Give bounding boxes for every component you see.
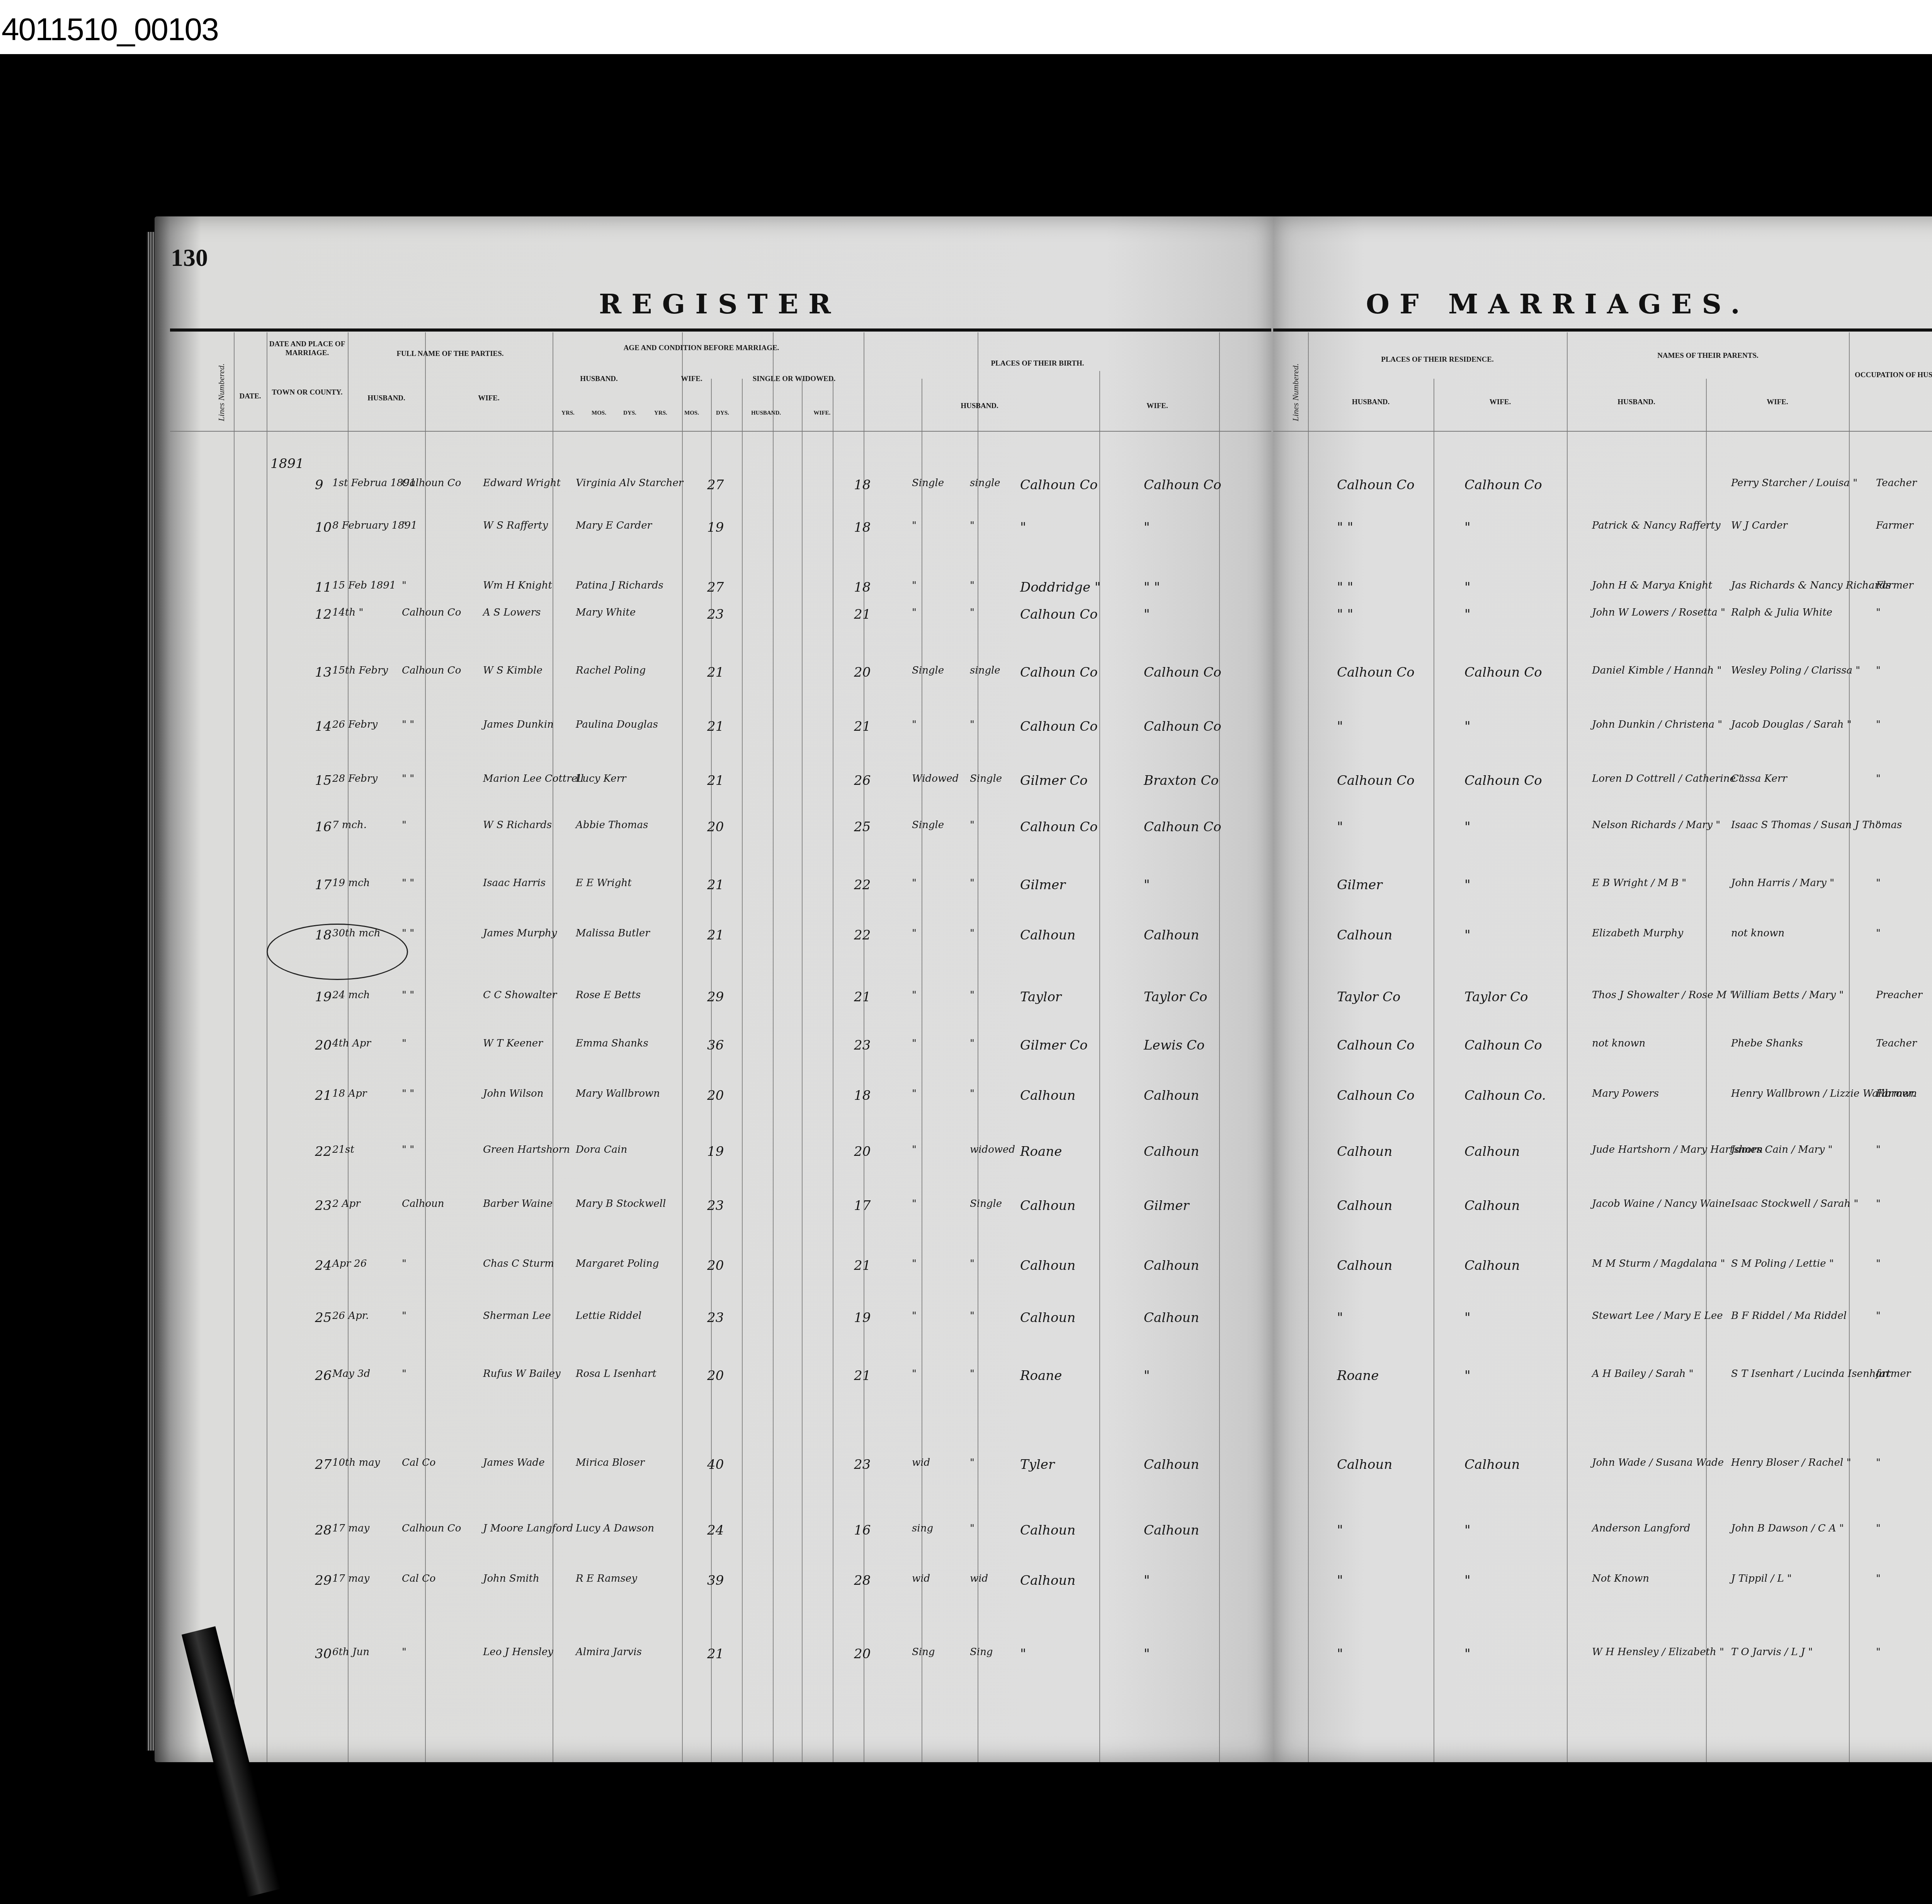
entry-h-age: 39 xyxy=(707,1573,724,1588)
entry-w-parents: T O Jarvis / L J " xyxy=(1731,1646,1813,1658)
header-top-rule-right xyxy=(1273,328,1932,332)
entry-w-cond: " xyxy=(970,580,975,591)
entry-h-birth: Calhoun Co xyxy=(1020,477,1098,493)
entry-husband: John Wilson xyxy=(483,1088,543,1099)
entry-w-birth: " xyxy=(1144,520,1150,535)
entry-place: " " xyxy=(402,719,414,730)
entry-h-res: " " xyxy=(1337,580,1353,595)
entry-h-cond: " xyxy=(912,927,917,939)
year-label: 1891 xyxy=(270,456,304,471)
entry-h-cond: " xyxy=(912,1088,917,1099)
entry-occupation: " xyxy=(1876,1258,1881,1269)
entry-w-res: Calhoun Co xyxy=(1464,665,1542,680)
entry-occupation: " xyxy=(1876,1523,1881,1534)
entry-w-parents: John Harris / Mary " xyxy=(1731,877,1834,889)
entry-occupation: Teacher xyxy=(1876,1038,1917,1049)
entry-place: " " xyxy=(402,773,414,784)
entry-w-res: Calhoun xyxy=(1464,1144,1520,1159)
col-divider xyxy=(267,332,267,1762)
entry-w-cond: Single xyxy=(970,1198,1002,1210)
header-single-widowed: Single or Widowed. xyxy=(738,375,850,384)
entry-wife: Dora Cain xyxy=(576,1144,627,1155)
entry-husband: Sherman Lee xyxy=(483,1310,551,1322)
entry-w-age: 21 xyxy=(854,989,871,1005)
entry-w-res: " xyxy=(1464,1523,1471,1538)
entry-w-cond: " xyxy=(970,877,975,889)
image-id-label: 4011510_00103 xyxy=(2,12,218,48)
entry-no: 28 xyxy=(315,1523,332,1538)
entry-no: 30 xyxy=(315,1646,332,1662)
col-divider xyxy=(1567,332,1568,1762)
entry-wife: Rose E Betts xyxy=(576,989,641,1001)
image-header-band: 4011510_00103 xyxy=(0,0,1932,54)
entry-occupation: " xyxy=(1876,1198,1881,1210)
entry-husband: James Murphy xyxy=(483,927,557,939)
header-birth-husband: Husband. xyxy=(922,402,1037,411)
entry-husband: Rufus W Bailey xyxy=(483,1368,561,1380)
entry-h-birth: Calhoun Co xyxy=(1020,607,1098,622)
entry-place: " xyxy=(402,520,406,531)
entry-husband: W S Richards xyxy=(483,819,552,831)
entry-h-cond: Widowed xyxy=(912,773,959,784)
entry-h-parents: John Dunkin / Christena " xyxy=(1592,719,1722,730)
entry-h-cond: " xyxy=(912,1310,917,1322)
entry-occupation: Farmer. xyxy=(1876,1088,1915,1099)
entry-h-res: " xyxy=(1337,1523,1343,1538)
entry-w-cond: " xyxy=(970,1457,975,1468)
entry-w-birth: Calhoun xyxy=(1144,1457,1199,1472)
entry-h-age: 20 xyxy=(707,1258,724,1273)
entry-w-birth: Calhoun xyxy=(1144,927,1199,943)
entry-w-age: 18 xyxy=(854,520,871,535)
entry-w-birth: Taylor Co xyxy=(1144,989,1207,1005)
entry-w-parents: W J Carder xyxy=(1731,520,1787,531)
entry-h-res: " xyxy=(1337,1646,1343,1662)
entry-h-parents: John Wade / Susana Wade xyxy=(1592,1457,1724,1468)
header-full-name: Full Name of the Parties. xyxy=(348,350,553,359)
entry-w-parents: Ralph & Julia White xyxy=(1731,607,1832,618)
entry-h-age: 23 xyxy=(707,1198,724,1213)
entry-h-cond: sing xyxy=(912,1523,933,1534)
header-name-wife: Wife. xyxy=(425,394,553,403)
entry-h-parents: Jacob Waine / Nancy Waine xyxy=(1592,1198,1731,1210)
col-divider xyxy=(1849,332,1850,1762)
entry-w-parents: Isaac Stockwell / Sarah " xyxy=(1731,1198,1858,1210)
entry-occupation: " xyxy=(1876,1457,1881,1468)
entry-w-cond: " xyxy=(970,1523,975,1534)
entry-no: 20 xyxy=(315,1038,332,1053)
entry-wife: Malissa Butler xyxy=(576,927,650,939)
header-mos-w: Mos. xyxy=(676,410,707,417)
entry-w-age: 20 xyxy=(854,665,871,680)
entry-h-cond: " xyxy=(912,520,917,531)
entry-wife: Almira Jarvis xyxy=(576,1646,642,1658)
entry-h-birth: Calhoun Co xyxy=(1020,719,1098,734)
entry-h-parents: Patrick & Nancy Rafferty xyxy=(1592,520,1721,531)
entry-place: " xyxy=(402,1368,406,1380)
entry-occupation: " xyxy=(1876,773,1881,784)
entry-husband: Chas C Sturm xyxy=(483,1258,554,1269)
entry-wife: Mirica Bloser xyxy=(576,1457,645,1468)
entry-w-age: 21 xyxy=(854,1368,871,1383)
header-par-husband: Husband. xyxy=(1567,398,1706,407)
entry-place: Cal Co xyxy=(402,1573,436,1584)
entry-w-res: Calhoun xyxy=(1464,1198,1520,1213)
entry-h-res: Calhoun xyxy=(1337,927,1392,943)
entry-h-age: 20 xyxy=(707,1368,724,1383)
entry-h-age: 24 xyxy=(707,1523,724,1538)
col-divider xyxy=(742,379,743,1762)
entry-h-age: 23 xyxy=(707,1310,724,1325)
entry-w-parents: Henry Bloser / Rachel " xyxy=(1731,1457,1851,1468)
entry-date: 10th may xyxy=(332,1457,380,1468)
entry-w-birth: Calhoun xyxy=(1144,1088,1199,1103)
entry-husband: Green Hartshorn xyxy=(483,1144,570,1155)
entry-husband: J Moore Langford xyxy=(483,1523,573,1534)
entry-w-parents: J Tippil / L " xyxy=(1731,1573,1792,1584)
entry-h-res: Calhoun xyxy=(1337,1144,1392,1159)
entry-h-birth: " xyxy=(1020,520,1026,535)
header-age-husband: Husband. xyxy=(553,375,645,384)
entry-date: 18 Apr xyxy=(332,1088,367,1099)
entry-h-cond: " xyxy=(912,1198,917,1210)
col-divider xyxy=(1308,332,1309,1762)
entry-place: " xyxy=(402,819,406,831)
entry-husband: John Smith xyxy=(483,1573,539,1584)
entry-w-birth: Calhoun Co xyxy=(1144,477,1221,493)
entry-wife: Mary E Carder xyxy=(576,520,652,531)
entry-no: 17 xyxy=(315,877,332,893)
entry-w-res: " xyxy=(1464,1573,1471,1588)
entry-place: " xyxy=(402,580,406,591)
entry-occupation: Teacher xyxy=(1876,477,1917,489)
entry-h-parents: Elizabeth Murphy xyxy=(1592,927,1683,939)
entry-no: 11 xyxy=(315,580,332,595)
entry-husband: Edward Wright xyxy=(483,477,561,489)
entry-date: 24 mch xyxy=(332,989,370,1001)
entry-w-age: 23 xyxy=(854,1457,871,1472)
entry-h-res: Calhoun Co xyxy=(1337,1038,1415,1053)
entry-w-age: 19 xyxy=(854,1310,871,1325)
entry-w-cond: " xyxy=(970,520,975,531)
header-bottom-rule xyxy=(170,431,1271,432)
entry-w-res: " xyxy=(1464,607,1471,622)
entry-w-birth: " xyxy=(1144,1646,1150,1662)
entry-w-parents: B F Riddel / Ma Riddel xyxy=(1731,1310,1847,1322)
entry-h-res: Calhoun Co xyxy=(1337,1088,1415,1103)
col-divider xyxy=(833,379,833,1762)
entry-h-res: Taylor Co xyxy=(1337,989,1400,1005)
entry-date: 4th Apr xyxy=(332,1038,371,1049)
entry-place: " xyxy=(402,1310,406,1322)
entry-h-birth: Calhoun xyxy=(1020,1088,1075,1103)
entry-h-birth: Roane xyxy=(1020,1368,1062,1383)
entry-w-birth: Calhoun Co xyxy=(1144,665,1221,680)
entry-h-res: Calhoun xyxy=(1337,1457,1392,1472)
header-top-rule xyxy=(170,328,1271,332)
entry-w-age: 18 xyxy=(854,580,871,595)
entry-w-cond: " xyxy=(970,819,975,831)
entry-no: 13 xyxy=(315,665,332,680)
entry-date: 28 Febry xyxy=(332,773,378,784)
entry-no: 14 xyxy=(315,719,332,734)
entry-no: 23 xyxy=(315,1198,332,1213)
entry-h-parents: A H Bailey / Sarah " xyxy=(1592,1368,1694,1380)
entry-h-birth: Calhoun xyxy=(1020,1198,1075,1213)
entry-h-parents: Loren D Cottrell / Catherine " xyxy=(1592,773,1743,784)
entry-w-cond: single xyxy=(970,665,1000,676)
header-age-condition: Age and Condition before Marriage. xyxy=(553,344,850,353)
entry-w-age: 28 xyxy=(854,1573,871,1588)
entry-place: Calhoun Co xyxy=(402,607,461,618)
entry-h-res: Roane xyxy=(1337,1368,1379,1383)
left-page-number: 130 xyxy=(171,243,208,272)
entry-h-age: 21 xyxy=(707,773,724,788)
entry-husband: Wm H Knight xyxy=(483,580,552,591)
entry-occupation: " xyxy=(1876,665,1881,676)
entry-h-birth: Calhoun Co xyxy=(1020,819,1098,835)
entry-wife: Margaret Poling xyxy=(576,1258,659,1269)
header-name-husband: Husband. xyxy=(348,394,425,403)
entry-husband: C C Showalter xyxy=(483,989,557,1001)
entry-w-parents: not known xyxy=(1731,927,1784,939)
entry-h-age: 21 xyxy=(707,877,724,893)
entry-h-birth: Doddridge " xyxy=(1020,580,1100,595)
entry-h-cond: " xyxy=(912,607,917,618)
entry-h-age: 23 xyxy=(707,607,724,622)
entry-w-res: " xyxy=(1464,1310,1471,1325)
entry-w-age: 17 xyxy=(854,1198,871,1213)
entry-h-res: Calhoun xyxy=(1337,1258,1392,1273)
entry-w-res: Calhoun xyxy=(1464,1258,1520,1273)
col-divider xyxy=(553,332,553,1762)
entry-h-cond: Single xyxy=(912,477,944,489)
entry-place: " " xyxy=(402,1088,414,1099)
entry-date: 17 may xyxy=(332,1523,369,1534)
entry-wife: R E Ramsey xyxy=(576,1573,637,1584)
entry-date: May 3d xyxy=(332,1368,370,1380)
entry-w-cond: " xyxy=(970,1038,975,1049)
entry-h-cond: " xyxy=(912,719,917,730)
header-occupation: Occupation of Husband. xyxy=(1849,371,1932,380)
entry-w-parents: S T Isenhart / Lucinda Isenhart xyxy=(1731,1368,1891,1380)
entry-w-parents: Wesley Poling / Clarissa " xyxy=(1731,665,1860,676)
col-divider xyxy=(978,332,978,1762)
entry-h-age: 27 xyxy=(707,580,724,595)
entry-h-age: 21 xyxy=(707,719,724,734)
entry-wife: Lettie Riddel xyxy=(576,1310,641,1322)
entry-occupation: Farmer xyxy=(1876,520,1913,531)
entry-w-res: Taylor Co xyxy=(1464,989,1528,1005)
entry-h-age: 40 xyxy=(707,1457,724,1472)
entry-occupation: " xyxy=(1876,607,1881,618)
header-date-place: Date and Place of Marriage. xyxy=(267,340,348,358)
header-sw-husband: Husband. xyxy=(738,410,794,417)
entry-h-age: 36 xyxy=(707,1038,724,1053)
entry-h-res: Gilmer xyxy=(1337,877,1383,893)
entry-wife: Rachel Poling xyxy=(576,665,646,676)
entry-h-parents: John W Lowers / Rosetta " xyxy=(1592,607,1725,618)
entry-h-birth: Calhoun Co xyxy=(1020,665,1098,680)
entry-occupation: " xyxy=(1876,1573,1881,1584)
entry-w-res: " xyxy=(1464,877,1471,893)
entry-no: 9 xyxy=(315,477,323,493)
entry-h-res: " xyxy=(1337,1310,1343,1325)
header-yrs-w: Yrs. xyxy=(645,410,676,417)
entry-w-age: 21 xyxy=(854,719,871,734)
entry-w-res: " xyxy=(1464,819,1471,835)
entry-w-res: Calhoun Co xyxy=(1464,1038,1542,1053)
entry-occupation: " xyxy=(1876,1646,1881,1658)
circled-entry-mark xyxy=(267,924,408,980)
header-places-residence: Places of their Residence. xyxy=(1308,356,1567,364)
entry-h-cond: Single xyxy=(912,665,944,676)
entry-h-res: Calhoun Co xyxy=(1337,665,1415,680)
entry-occupation: farmer xyxy=(1876,1368,1911,1380)
header-res-wife: Wife. xyxy=(1434,398,1567,407)
entry-wife: Mary Wallbrown xyxy=(576,1088,660,1099)
entry-h-birth: Tyler xyxy=(1020,1457,1054,1472)
entry-h-parents: not known xyxy=(1592,1038,1645,1049)
entry-wife: Emma Shanks xyxy=(576,1038,648,1049)
header-names-parents: Names of their Parents. xyxy=(1567,352,1849,361)
entry-h-age: 27 xyxy=(707,477,724,493)
entry-w-age: 25 xyxy=(854,819,871,835)
entry-w-res: Calhoun xyxy=(1464,1457,1520,1472)
entry-w-cond: " xyxy=(970,719,975,730)
entry-w-birth: Gilmer xyxy=(1144,1198,1189,1213)
entry-w-birth: Calhoun xyxy=(1144,1523,1199,1538)
entry-h-parents: John H & Marya Knight xyxy=(1592,580,1713,591)
entry-occupation: " xyxy=(1876,927,1881,939)
entry-h-birth: Taylor xyxy=(1020,989,1061,1005)
entry-wife: Lucy Kerr xyxy=(576,773,626,784)
entry-h-res: " " xyxy=(1337,520,1353,535)
entry-no: 19 xyxy=(315,989,332,1005)
entry-w-cond: single xyxy=(970,477,1000,489)
entry-w-birth: Calhoun xyxy=(1144,1258,1199,1273)
entry-wife: Abbie Thomas xyxy=(576,819,648,831)
entry-h-cond: " xyxy=(912,989,917,1001)
entry-w-cond: " xyxy=(970,1258,975,1269)
entry-h-res: " xyxy=(1337,1573,1343,1588)
entry-wife: Paulina Douglas xyxy=(576,719,658,730)
entry-w-cond: Single xyxy=(970,773,1002,784)
entry-w-parents: William Betts / Mary " xyxy=(1731,989,1844,1001)
col-divider xyxy=(234,332,235,1762)
entry-place: " xyxy=(402,1646,406,1658)
entry-husband: Leo J Hensley xyxy=(483,1646,553,1658)
entry-w-res: " xyxy=(1464,1646,1471,1662)
entry-no: 21 xyxy=(315,1088,332,1103)
col-divider xyxy=(425,332,426,1762)
entry-wife: Mary B Stockwell xyxy=(576,1198,666,1210)
entry-w-cond: " xyxy=(970,927,975,939)
entry-w-age: 21 xyxy=(854,1258,871,1273)
entry-h-age: 21 xyxy=(707,665,724,680)
entry-w-birth: Braxton Co xyxy=(1144,773,1219,788)
entry-occupation: " xyxy=(1876,719,1881,730)
entry-w-parents: Phebe Shanks xyxy=(1731,1038,1803,1049)
entry-no: 24 xyxy=(315,1258,332,1273)
entry-w-age: 20 xyxy=(854,1144,871,1159)
entry-husband: A S Lowers xyxy=(483,607,541,618)
entry-wife: Mary White xyxy=(576,607,636,618)
entry-wife: Virginia Alv Starcher xyxy=(576,477,683,489)
entry-h-cond: wid xyxy=(912,1573,930,1584)
entry-w-birth: Calhoun Co xyxy=(1144,819,1221,835)
entry-w-parents: James Cain / Mary " xyxy=(1731,1144,1833,1155)
header-birth-wife: Wife. xyxy=(1099,402,1215,411)
entry-w-cond: widowed xyxy=(970,1144,1015,1155)
entry-w-birth: " xyxy=(1144,1573,1150,1588)
entry-husband: Barber Waine xyxy=(483,1198,553,1210)
entry-w-cond: " xyxy=(970,1368,975,1380)
header-age-wife: Wife. xyxy=(645,375,738,384)
entry-w-parents: Jas Richards & Nancy Richards xyxy=(1731,580,1891,591)
entry-h-res: Calhoun Co xyxy=(1337,477,1415,493)
entry-h-cond: " xyxy=(912,877,917,889)
entry-place: Calhoun xyxy=(402,1198,444,1210)
entry-husband: W S Rafferty xyxy=(483,520,548,531)
entry-w-age: 23 xyxy=(854,1038,871,1053)
header-par-wife: Wife. xyxy=(1706,398,1849,407)
entry-wife: Rosa L Isenhart xyxy=(576,1368,656,1380)
entry-no: 27 xyxy=(315,1457,332,1472)
entry-date: 19 mch xyxy=(332,877,370,889)
entry-h-cond: " xyxy=(912,1038,917,1049)
entry-w-birth: Calhoun xyxy=(1144,1144,1199,1159)
header-res-husband: Husband. xyxy=(1308,398,1434,407)
entry-h-parents: W H Hensley / Elizabeth " xyxy=(1592,1646,1724,1658)
entry-h-cond: wid xyxy=(912,1457,930,1468)
entry-w-age: 18 xyxy=(854,477,871,493)
entry-w-age: 18 xyxy=(854,1088,871,1103)
entry-h-parents: Daniel Kimble / Hannah " xyxy=(1592,665,1722,676)
entry-w-age: 20 xyxy=(854,1646,871,1662)
entry-place: " xyxy=(402,1038,406,1049)
entry-no: 29 xyxy=(315,1573,332,1588)
entry-place: " " xyxy=(402,989,414,1001)
entry-w-parents: Perry Starcher / Louisa " xyxy=(1731,477,1857,489)
header-dys-h: Dys. xyxy=(614,410,645,417)
entry-occupation: " xyxy=(1876,819,1881,831)
entry-place: " " xyxy=(402,927,414,939)
entry-h-parents: Anderson Langford xyxy=(1592,1523,1690,1534)
header-date: Date. xyxy=(234,392,267,401)
entry-h-birth: Calhoun xyxy=(1020,1310,1075,1325)
entry-no: 12 xyxy=(315,607,332,622)
header-lines-numbered: Lines Numbered. xyxy=(216,344,226,421)
entry-h-res: Calhoun Co xyxy=(1337,773,1415,788)
entry-w-birth: " " xyxy=(1144,580,1160,595)
entry-place: Cal Co xyxy=(402,1457,436,1468)
entry-w-birth: Lewis Co xyxy=(1144,1038,1204,1053)
entry-w-cond: " xyxy=(970,1310,975,1322)
entry-h-cond: " xyxy=(912,1144,917,1155)
entry-w-birth: " xyxy=(1144,877,1150,893)
entry-h-age: 20 xyxy=(707,1088,724,1103)
entry-w-cond: " xyxy=(970,1088,975,1099)
entry-husband: Marion Lee Cottrell xyxy=(483,773,584,784)
entry-h-res: " xyxy=(1337,719,1343,734)
entry-h-cond: Sing xyxy=(912,1646,935,1658)
entry-no: 25 xyxy=(315,1310,332,1325)
entry-place: " " xyxy=(402,1144,414,1155)
entry-date: 15 Feb 1891 xyxy=(332,580,396,591)
entry-date: 2 Apr xyxy=(332,1198,361,1210)
entry-w-cond: " xyxy=(970,607,975,618)
